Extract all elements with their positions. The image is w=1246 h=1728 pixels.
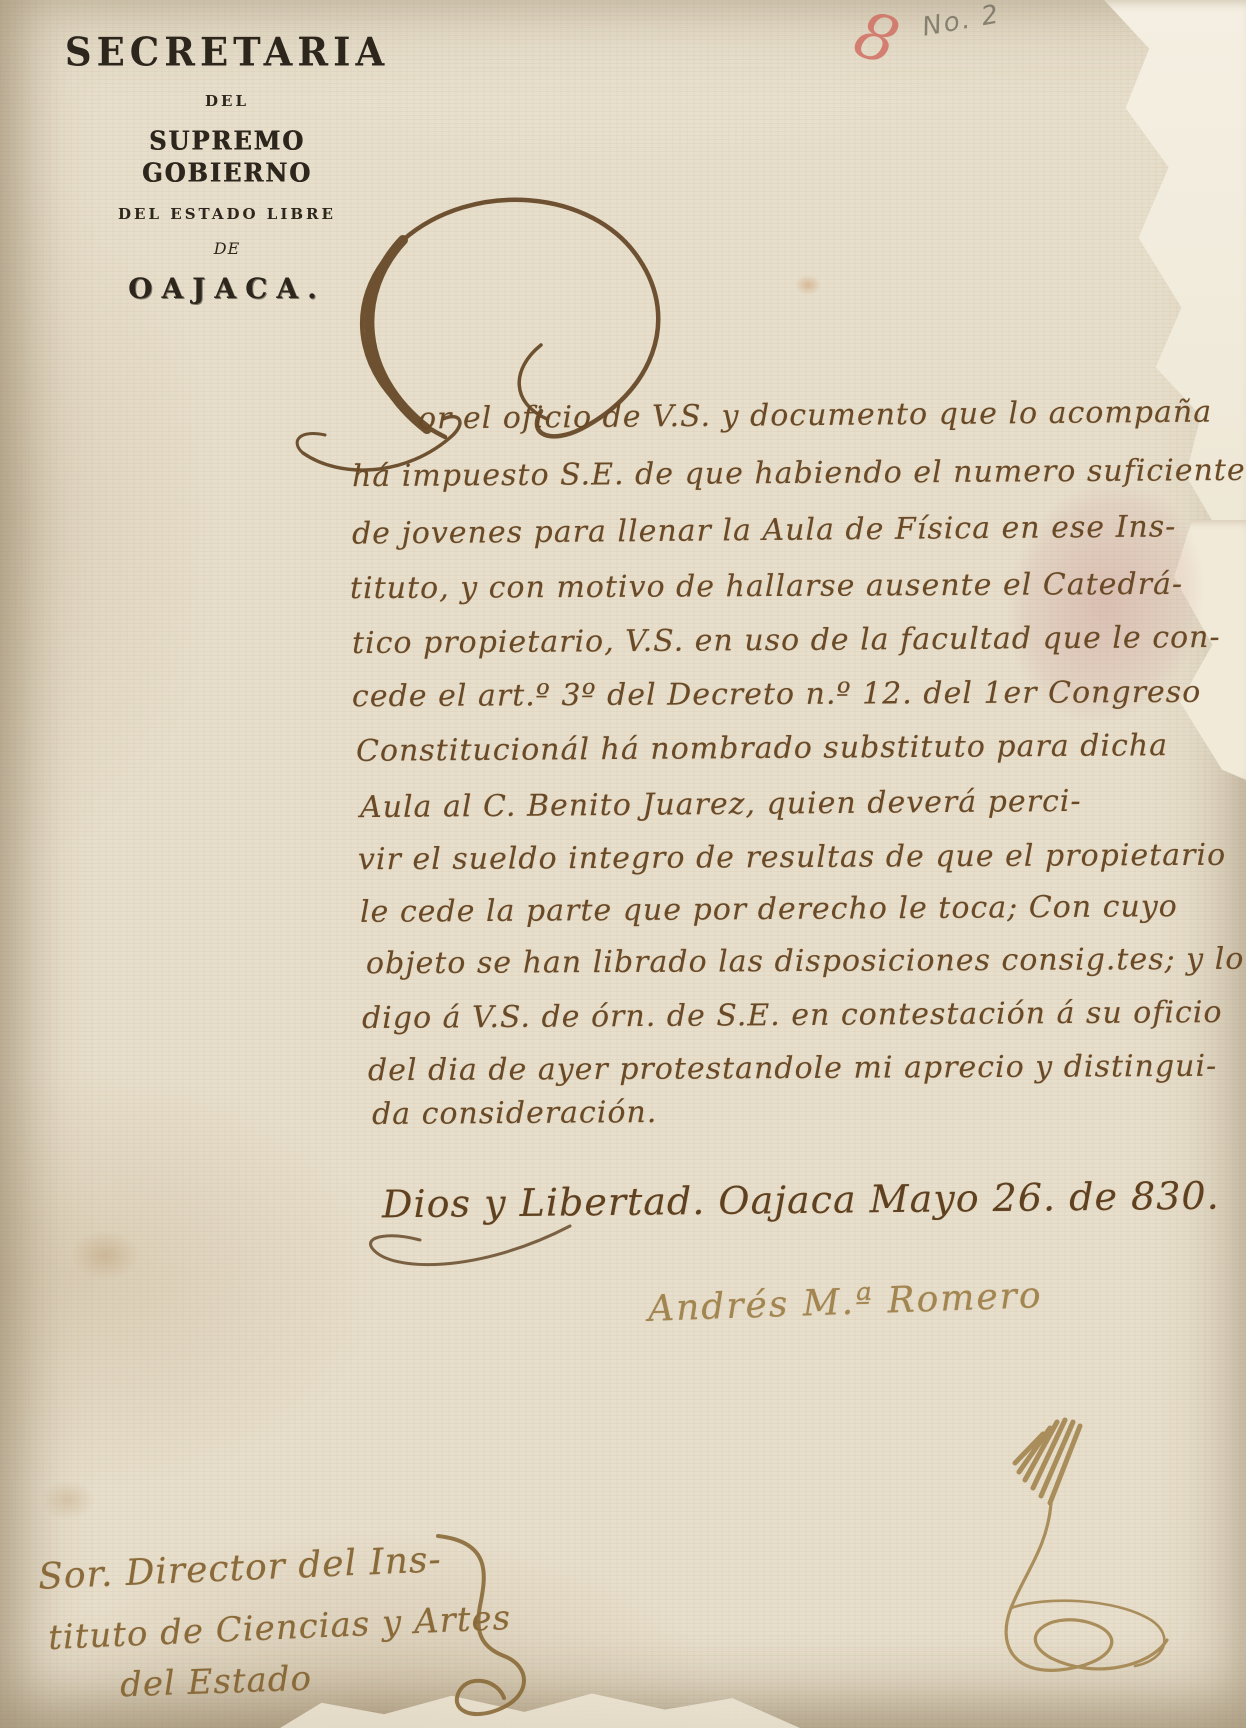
letter-line: digo á V.S. de órn. de S.E. en contestac…	[362, 995, 1223, 1036]
letter-line: da consideración.	[372, 1095, 658, 1132]
address-brace-flourish	[420, 1528, 560, 1728]
calligraphic-initial-p-flourish	[295, 185, 695, 485]
address-line: del Estado	[119, 1659, 312, 1706]
scanned-letter-page: SECRETARIA DEL SUPREMO GOBIERNO DEL ESTA…	[0, 0, 1246, 1728]
letter-line: Aula al C. Benito Juarez, quien deverá p…	[360, 784, 1082, 825]
letter-line: tico propietario, V.S. en uso de la facu…	[352, 620, 1221, 661]
address-line: Sor. Director del Ins-	[37, 1539, 442, 1598]
archival-red-crayon-number: 8	[846, 0, 908, 80]
dateline-underline-flourish	[360, 1218, 660, 1278]
letter-line: Constitucionál há nombrado substituto pa…	[356, 728, 1168, 769]
letter-line: del dia de ayer protestandole mi aprecio…	[368, 1049, 1217, 1088]
archival-pencil-number: No. 2	[920, 0, 1002, 43]
letter-line: de jovenes para llenar la Aula de Física…	[352, 509, 1177, 551]
letterhead-supremo-gobierno: SUPREMO GOBIERNO	[62, 124, 392, 188]
letter-line: tituto, y con motivo de hallarse ausente…	[350, 567, 1183, 606]
letter-line: há impuesto S.E. de que habiendo el nume…	[352, 453, 1246, 494]
signature-rubric-flourish	[955, 1408, 1185, 1718]
foxing-spot	[70, 1230, 140, 1280]
foxing-spot	[795, 275, 821, 295]
foxing-spot	[40, 1480, 95, 1520]
letter-line: vir el sueldo integro de resultas de que…	[358, 838, 1226, 878]
letterhead-del: DEL	[62, 92, 392, 110]
letterhead-secretaria: SECRETARIA	[62, 29, 392, 75]
letter-line: or el oficio de V.S. y documento que lo …	[418, 395, 1212, 437]
letter-line: le cede la parte que por derecho le toca…	[360, 889, 1178, 930]
letter-line: cede el art.º 3º del Decreto n.º 12. del…	[352, 675, 1201, 714]
letter-line: objeto se han librado las disposiciones …	[366, 942, 1245, 982]
signature-andres-maria-romero: Andrés M.ª Romero	[647, 1275, 1043, 1330]
